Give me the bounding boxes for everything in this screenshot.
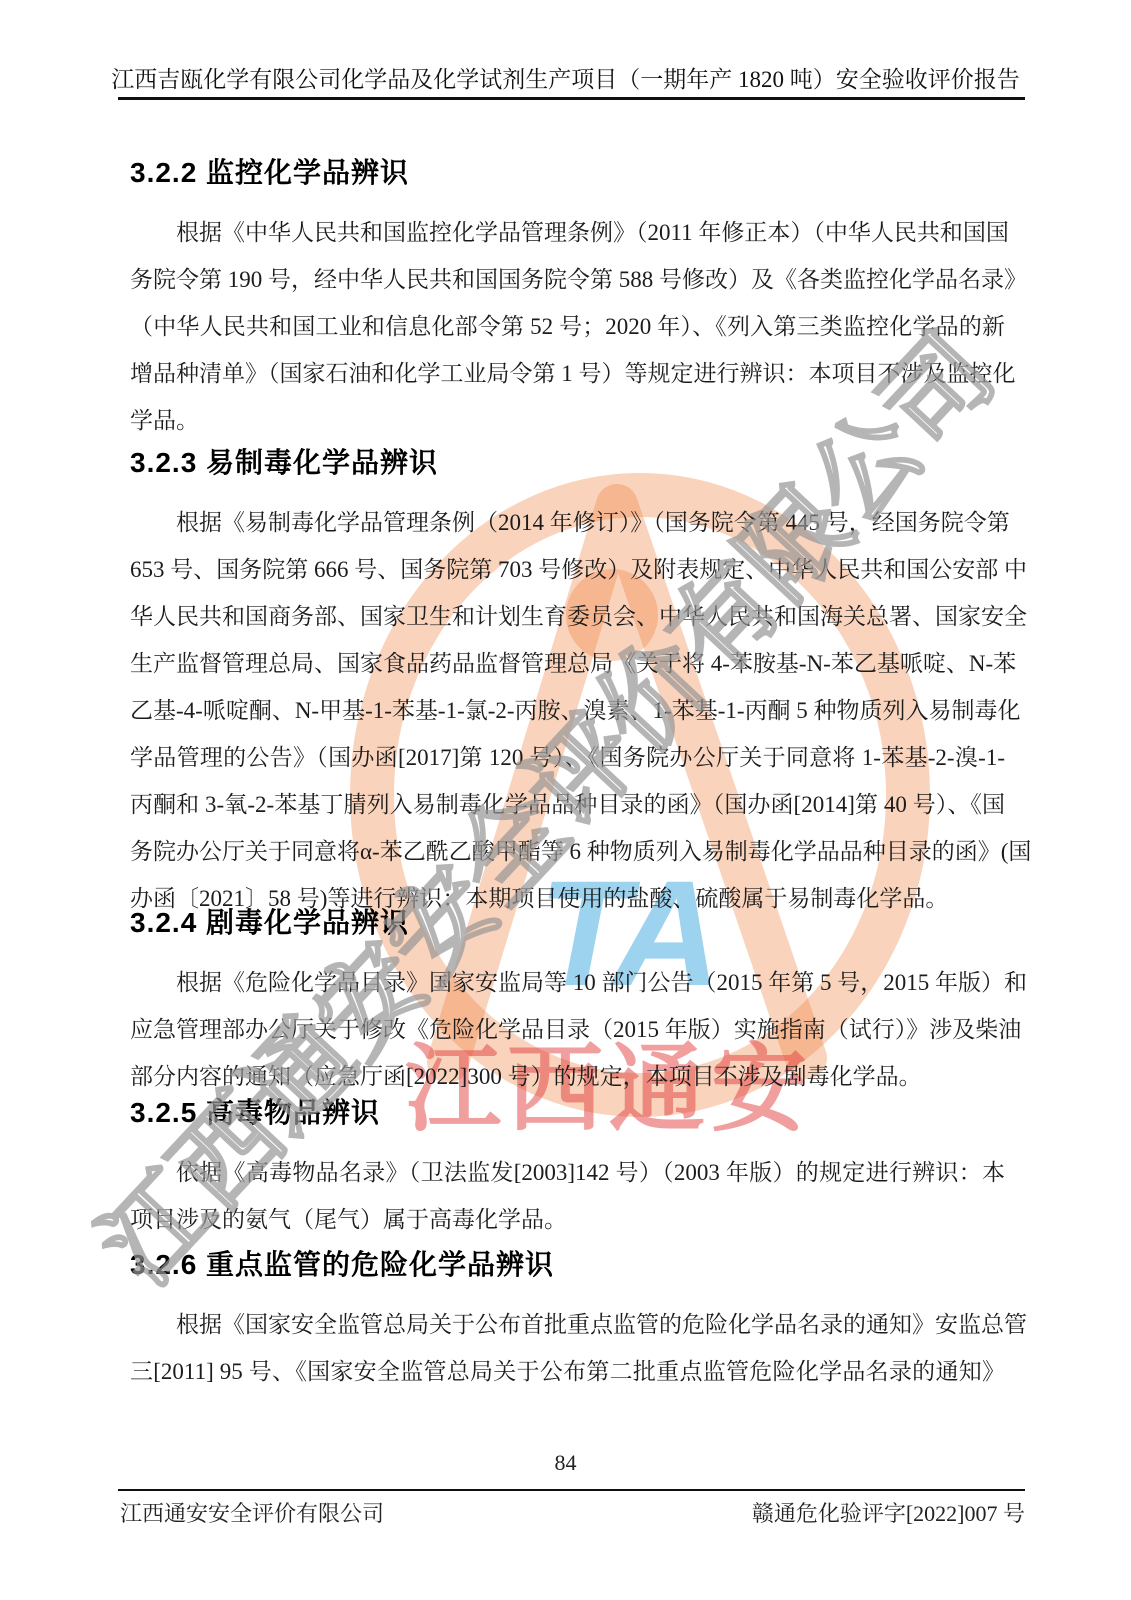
- paragraph-line: 根据《易制毒化学品管理条例（2014 年修订）》（国务院令第 445 号，经国务…: [130, 499, 1005, 546]
- footer-rule: [118, 1489, 1025, 1491]
- paragraph-line: 根据《中华人民共和国监控化学品管理条例》（2011 年修正本）（中华人民共和国国: [130, 209, 1005, 256]
- document-page: TA 江西通安 江西吉瓯化学有限公司化学品及化学试剂生产项目（一期年产 1820…: [0, 0, 1131, 1600]
- paragraph-line: 根据《国家安全监管总局关于公布首批重点监管的危险化学品名录的通知》安监总管: [130, 1301, 1005, 1348]
- section-heading: 3.2.4 剧毒化学品辨识: [130, 906, 1005, 940]
- section-heading: 3.2.3 易制毒化学品辨识: [130, 446, 1005, 480]
- paragraph-line: 学品。: [130, 397, 1005, 444]
- paragraph-line: 部分内容的通知（应急厅函[2022]300 号）的规定，本项目不涉及剧毒化学品。: [130, 1053, 1005, 1100]
- paragraph-line: 乙基-4-哌啶酮、N-甲基-1-苯基-1-氯-2-丙胺、溴素、1-苯基-1-丙酮…: [130, 687, 1005, 734]
- section: 3.2.3 易制毒化学品辨识根据《易制毒化学品管理条例（2014 年修订）》（国…: [130, 446, 1005, 922]
- document-body: 江西吉瓯化学有限公司化学品及化学试剂生产项目（一期年产 1820 吨）安全验收评…: [0, 0, 1131, 1600]
- paragraph-line: 依据《高毒物品名录》（卫法监发[2003]142 号）（2003 年版）的规定进…: [130, 1149, 1005, 1196]
- section-heading: 3.2.2 监控化学品辨识: [130, 156, 1005, 190]
- section: 3.2.4 剧毒化学品辨识根据《危险化学品目录》国家安监局等 10 部门公告（2…: [130, 906, 1005, 1100]
- paragraph-line: 项目涉及的氨气（尾气）属于高毒化学品。: [130, 1196, 1005, 1243]
- paragraph-line: 增品种清单》（国家石油和化学工业局令第 1 号）等规定进行辨识：本项目不涉及监控…: [130, 350, 1005, 397]
- paragraph-line: 务院办公厅关于同意将α-苯乙酰乙酸甲酯等 6 种物质列入易制毒化学品品种目录的函…: [130, 828, 1005, 875]
- section: 3.2.2 监控化学品辨识根据《中华人民共和国监控化学品管理条例》（2011 年…: [130, 156, 1005, 444]
- paragraph-line: 丙酮和 3-氧-2-苯基丁腈列入易制毒化学品品种目录的函》（国办函[2014]第…: [130, 781, 1005, 828]
- paragraph-line: 务院令第 190 号，经中华人民共和国国务院令第 588 号修改）及《各类监控化…: [130, 256, 1005, 303]
- page-number: 84: [0, 1450, 1131, 1476]
- section: 3.2.5 高毒物品辨识依据《高毒物品名录》（卫法监发[2003]142 号）（…: [130, 1096, 1005, 1243]
- section-heading: 3.2.5 高毒物品辨识: [130, 1096, 1005, 1130]
- paragraph-line: 三[2011] 95 号、《国家安全监管总局关于公布第二批重点监管危险化学品名录…: [130, 1348, 1005, 1395]
- paragraph-line: 学品管理的公告》（国办函[2017]第 120 号）、《国务院办公厅关于同意将 …: [130, 734, 1005, 781]
- footer-document-number: 赣通危化验评字[2022]007 号: [752, 1497, 1025, 1528]
- paragraph-line: （中华人民共和国工业和信息化部令第 52 号；2020 年）、《列入第三类监控化…: [130, 303, 1005, 350]
- paragraph-line: 应急管理部办公厅关于修改《危险化学品目录（2015 年版）实施指南（试行）》涉及…: [130, 1006, 1005, 1053]
- paragraph-line: 653 号、国务院第 666 号、国务院第 703 号修改）及附表规定、中华人民…: [130, 546, 1005, 593]
- paragraph-line: 根据《危险化学品目录》国家安监局等 10 部门公告（2015 年第 5 号，20…: [130, 959, 1005, 1006]
- section-heading: 3.2.6 重点监管的危险化学品辨识: [130, 1248, 1005, 1282]
- header-rule: [118, 97, 1025, 100]
- section: 3.2.6 重点监管的危险化学品辨识根据《国家安全监管总局关于公布首批重点监管的…: [130, 1248, 1005, 1395]
- paragraph-line: 生产监督管理总局、国家食品药品监督管理总局《关于将 4-苯胺基-N-苯乙基哌啶、…: [130, 640, 1005, 687]
- footer-company: 江西通安安全评价有限公司: [120, 1497, 384, 1528]
- page-header-title: 江西吉瓯化学有限公司化学品及化学试剂生产项目（一期年产 1820 吨）安全验收评…: [0, 66, 1131, 94]
- paragraph-line: 华人民共和国商务部、国家卫生和计划生育委员会、中华人民共和国海关总署、国家安全: [130, 593, 1005, 640]
